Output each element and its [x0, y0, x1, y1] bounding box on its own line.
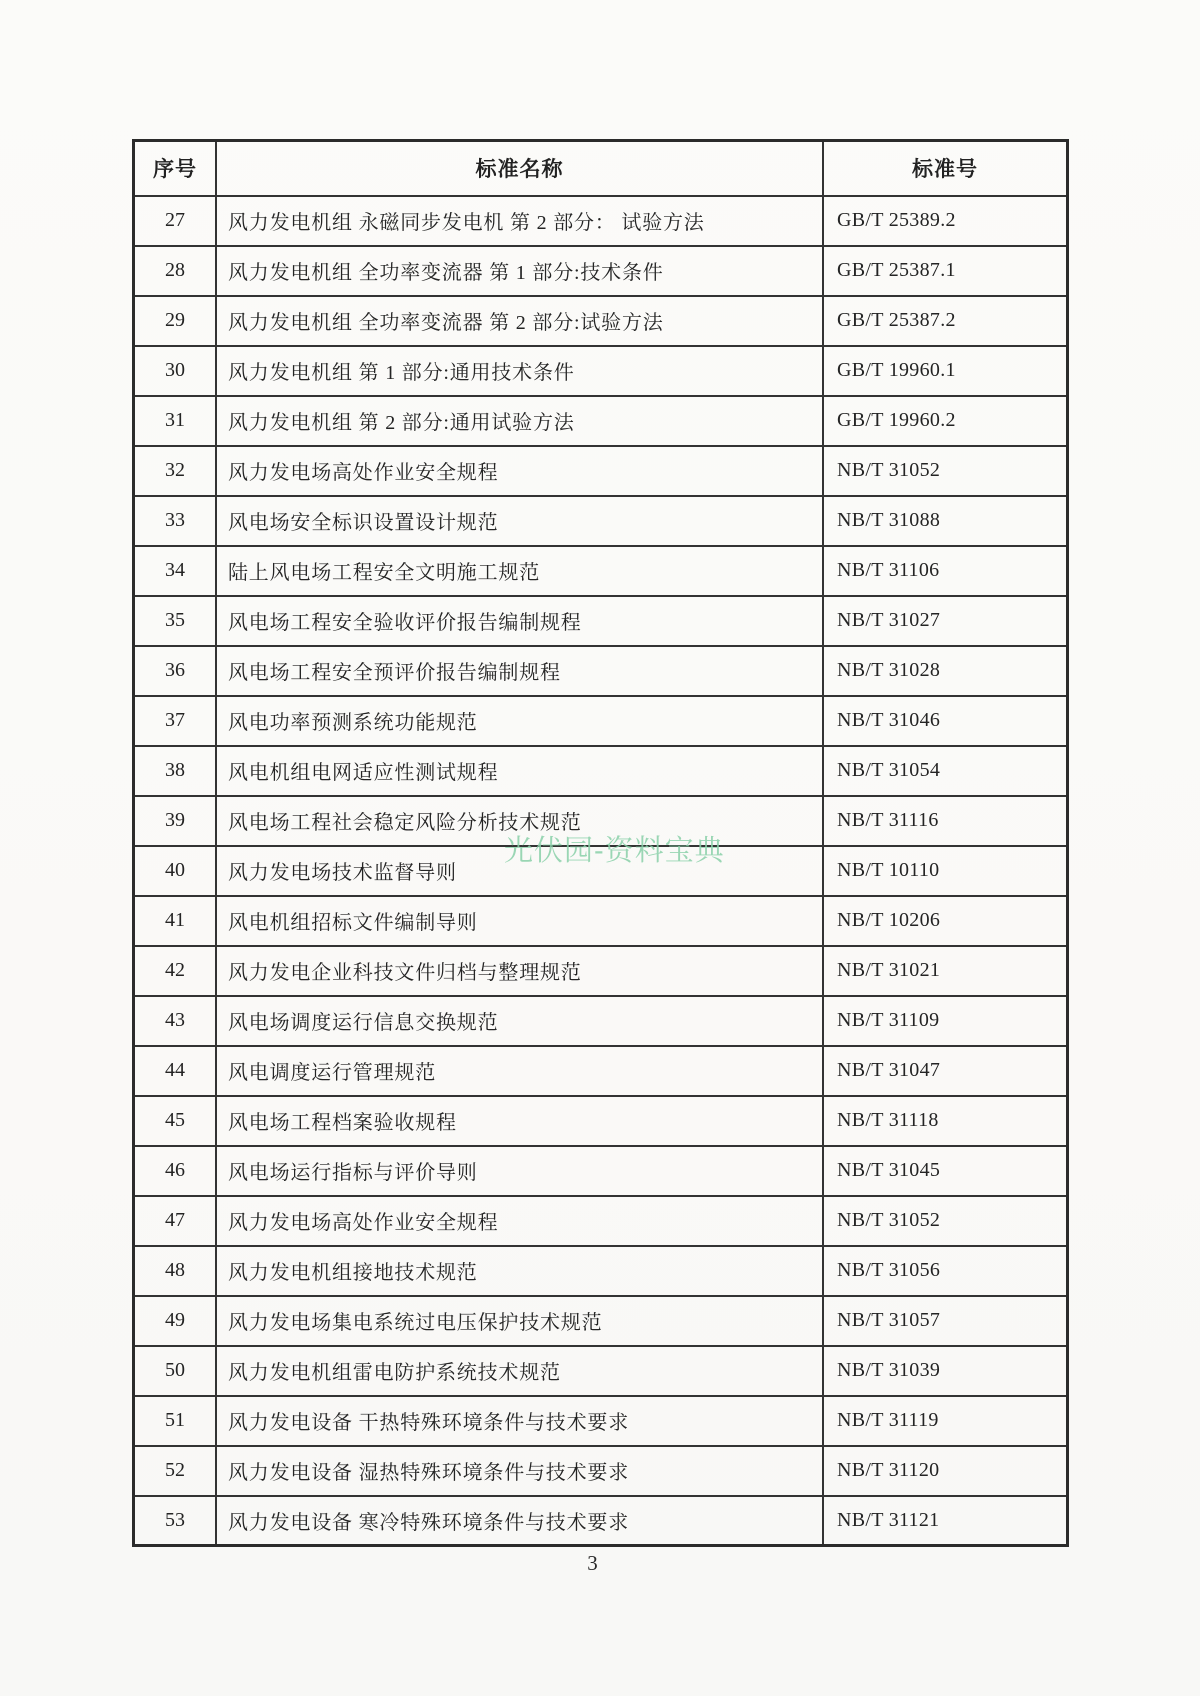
- row-seq-number: 35: [134, 596, 217, 646]
- table-row: 40 风力发电场技术监督导则 NB/T 10110: [134, 846, 1068, 896]
- row-standard-code: NB/T 31047: [823, 1046, 1068, 1096]
- header-standard-code: 标准号: [823, 141, 1068, 196]
- row-standard-code: NB/T 31027: [823, 596, 1068, 646]
- row-seq-number: 34: [134, 546, 217, 596]
- row-standard-code: NB/T 31118: [823, 1096, 1068, 1146]
- row-standard-code: GB/T 25387.1: [823, 246, 1068, 296]
- row-seq-number: 31: [134, 396, 217, 446]
- row-standard-name: 风力发电机组 全功率变流器 第 2 部分:试验方法: [216, 296, 823, 346]
- row-seq-number: 46: [134, 1146, 217, 1196]
- row-seq-number: 27: [134, 196, 217, 246]
- row-seq-number: 49: [134, 1296, 217, 1346]
- table-row: 46 风电场运行指标与评价导则 NB/T 31045: [134, 1146, 1068, 1196]
- row-standard-code: GB/T 19960.2: [823, 396, 1068, 446]
- table-row: 51 风力发电设备 干热特殊环境条件与技术要求 NB/T 31119: [134, 1396, 1068, 1446]
- row-standard-name: 风电场运行指标与评价导则: [216, 1146, 823, 1196]
- row-standard-name: 风力发电企业科技文件归档与整理规范: [216, 946, 823, 996]
- row-standard-code: GB/T 25387.2: [823, 296, 1068, 346]
- row-standard-code: NB/T 10206: [823, 896, 1068, 946]
- row-standard-name: 风电场工程档案验收规程: [216, 1096, 823, 1146]
- table-row: 29 风力发电机组 全功率变流器 第 2 部分:试验方法 GB/T 25387.…: [134, 296, 1068, 346]
- standards-table: 序号 标准名称 标准号 27 风力发电机组 永磁同步发电机 第 2 部分： 试验…: [132, 139, 1069, 1547]
- row-seq-number: 53: [134, 1496, 217, 1546]
- row-standard-code: NB/T 31045: [823, 1146, 1068, 1196]
- row-standard-code: NB/T 31121: [823, 1496, 1068, 1546]
- row-seq-number: 36: [134, 646, 217, 696]
- table-row: 27 风力发电机组 永磁同步发电机 第 2 部分： 试验方法 GB/T 2538…: [134, 196, 1068, 246]
- row-standard-name: 风电场安全标识设置设计规范: [216, 496, 823, 546]
- table-row: 49 风力发电场集电系统过电压保护技术规范 NB/T 31057: [134, 1296, 1068, 1346]
- row-standard-name: 风力发电设备 湿热特殊环境条件与技术要求: [216, 1446, 823, 1496]
- row-seq-number: 42: [134, 946, 217, 996]
- row-seq-number: 51: [134, 1396, 217, 1446]
- table-row: 44 风电调度运行管理规范 NB/T 31047: [134, 1046, 1068, 1096]
- row-standard-code: NB/T 31052: [823, 446, 1068, 496]
- table-header-row: 序号 标准名称 标准号: [134, 141, 1068, 196]
- row-seq-number: 40: [134, 846, 217, 896]
- table-row: 52 风力发电设备 湿热特殊环境条件与技术要求 NB/T 31120: [134, 1446, 1068, 1496]
- document-page: 序号 标准名称 标准号 27 风力发电机组 永磁同步发电机 第 2 部分： 试验…: [0, 0, 1200, 1696]
- table-row: 37 风电功率预测系统功能规范 NB/T 31046: [134, 696, 1068, 746]
- row-standard-code: NB/T 10110: [823, 846, 1068, 896]
- row-standard-code: NB/T 31088: [823, 496, 1068, 546]
- table-row: 47 风力发电场高处作业安全规程 NB/T 31052: [134, 1196, 1068, 1246]
- row-seq-number: 50: [134, 1346, 217, 1396]
- row-seq-number: 44: [134, 1046, 217, 1096]
- row-standard-code: NB/T 31056: [823, 1246, 1068, 1296]
- row-standard-name: 风力发电场集电系统过电压保护技术规范: [216, 1296, 823, 1346]
- row-seq-number: 32: [134, 446, 217, 496]
- row-seq-number: 33: [134, 496, 217, 546]
- table-row: 38 风电机组电网适应性测试规程 NB/T 31054: [134, 746, 1068, 796]
- row-seq-number: 41: [134, 896, 217, 946]
- table-row: 30 风力发电机组 第 1 部分:通用技术条件 GB/T 19960.1: [134, 346, 1068, 396]
- row-standard-code: NB/T 31106: [823, 546, 1068, 596]
- row-standard-name: 风电机组电网适应性测试规程: [216, 746, 823, 796]
- row-standard-code: GB/T 25389.2: [823, 196, 1068, 246]
- table-row: 35 风电场工程安全验收评价报告编制规程 NB/T 31027: [134, 596, 1068, 646]
- row-standard-code: NB/T 31109: [823, 996, 1068, 1046]
- row-standard-name: 风力发电机组 全功率变流器 第 1 部分:技术条件: [216, 246, 823, 296]
- table-row: 53 风力发电设备 寒冷特殊环境条件与技术要求 NB/T 31121: [134, 1496, 1068, 1546]
- row-standard-code: NB/T 31054: [823, 746, 1068, 796]
- table-row: 42 风力发电企业科技文件归档与整理规范 NB/T 31021: [134, 946, 1068, 996]
- row-seq-number: 52: [134, 1446, 217, 1496]
- row-standard-code: NB/T 31039: [823, 1346, 1068, 1396]
- row-seq-number: 48: [134, 1246, 217, 1296]
- table-row: 33 风电场安全标识设置设计规范 NB/T 31088: [134, 496, 1068, 546]
- page-number: 3: [132, 1551, 1053, 1576]
- table-row: 48 风力发电机组接地技术规范 NB/T 31056: [134, 1246, 1068, 1296]
- row-standard-name: 风电场调度运行信息交换规范: [216, 996, 823, 1046]
- row-seq-number: 38: [134, 746, 217, 796]
- row-standard-code: NB/T 31052: [823, 1196, 1068, 1246]
- row-standard-name: 风力发电机组 第 2 部分:通用试验方法: [216, 396, 823, 446]
- table-row: 31 风力发电机组 第 2 部分:通用试验方法 GB/T 19960.2: [134, 396, 1068, 446]
- table-row: 32 风力发电场高处作业安全规程 NB/T 31052: [134, 446, 1068, 496]
- row-seq-number: 47: [134, 1196, 217, 1246]
- row-standard-name: 风力发电场高处作业安全规程: [216, 446, 823, 496]
- row-standard-name: 风力发电场高处作业安全规程: [216, 1196, 823, 1246]
- header-seq-number: 序号: [134, 141, 217, 196]
- row-standard-name: 风电机组招标文件编制导则: [216, 896, 823, 946]
- table-body: 27 风力发电机组 永磁同步发电机 第 2 部分： 试验方法 GB/T 2538…: [134, 196, 1068, 1546]
- row-standard-code: NB/T 31028: [823, 646, 1068, 696]
- row-standard-name: 风电场工程安全验收评价报告编制规程: [216, 596, 823, 646]
- row-standard-code: NB/T 31116: [823, 796, 1068, 846]
- row-standard-name: 风力发电场技术监督导则: [216, 846, 823, 896]
- table-row: 41 风电机组招标文件编制导则 NB/T 10206: [134, 896, 1068, 946]
- row-standard-name: 风力发电机组 第 1 部分:通用技术条件: [216, 346, 823, 396]
- row-standard-code: GB/T 19960.1: [823, 346, 1068, 396]
- row-seq-number: 43: [134, 996, 217, 1046]
- row-standard-name: 风力发电机组接地技术规范: [216, 1246, 823, 1296]
- header-standard-name: 标准名称: [216, 141, 823, 196]
- table-row: 34 陆上风电场工程安全文明施工规范 NB/T 31106: [134, 546, 1068, 596]
- row-standard-name: 风力发电设备 干热特殊环境条件与技术要求: [216, 1396, 823, 1446]
- table-row: 28 风力发电机组 全功率变流器 第 1 部分:技术条件 GB/T 25387.…: [134, 246, 1068, 296]
- row-standard-name: 陆上风电场工程安全文明施工规范: [216, 546, 823, 596]
- row-standard-name: 风电场工程安全预评价报告编制规程: [216, 646, 823, 696]
- row-standard-name: 风电场工程社会稳定风险分析技术规范: [216, 796, 823, 846]
- row-standard-name: 风电调度运行管理规范: [216, 1046, 823, 1096]
- row-standard-code: NB/T 31120: [823, 1446, 1068, 1496]
- row-seq-number: 30: [134, 346, 217, 396]
- row-standard-code: NB/T 31021: [823, 946, 1068, 996]
- table-row: 45 风电场工程档案验收规程 NB/T 31118: [134, 1096, 1068, 1146]
- row-standard-code: NB/T 31057: [823, 1296, 1068, 1346]
- row-standard-name: 风力发电设备 寒冷特殊环境条件与技术要求: [216, 1496, 823, 1546]
- row-seq-number: 29: [134, 296, 217, 346]
- row-seq-number: 37: [134, 696, 217, 746]
- row-seq-number: 28: [134, 246, 217, 296]
- row-standard-code: NB/T 31046: [823, 696, 1068, 746]
- table-row: 39 风电场工程社会稳定风险分析技术规范 NB/T 31116: [134, 796, 1068, 846]
- row-standard-code: NB/T 31119: [823, 1396, 1068, 1446]
- table-row: 43 风电场调度运行信息交换规范 NB/T 31109: [134, 996, 1068, 1046]
- table-row: 50 风力发电机组雷电防护系统技术规范 NB/T 31039: [134, 1346, 1068, 1396]
- row-seq-number: 45: [134, 1096, 217, 1146]
- row-standard-name: 风力发电机组 永磁同步发电机 第 2 部分： 试验方法: [216, 196, 823, 246]
- row-standard-name: 风力发电机组雷电防护系统技术规范: [216, 1346, 823, 1396]
- row-seq-number: 39: [134, 796, 217, 846]
- table-row: 36 风电场工程安全预评价报告编制规程 NB/T 31028: [134, 646, 1068, 696]
- row-standard-name: 风电功率预测系统功能规范: [216, 696, 823, 746]
